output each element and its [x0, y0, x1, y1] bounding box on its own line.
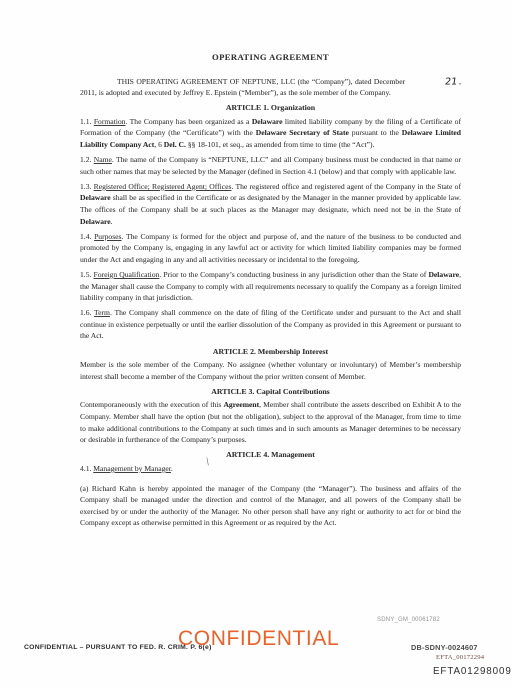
- section-1-1-formation: 1.1. Formation. The Company has been org…: [80, 116, 461, 151]
- scanned-document-page: OPERATING AGREEMENT THIS OPERATING AGREE…: [0, 0, 512, 688]
- article-3-body: Contemporaneously with the execution of …: [80, 399, 461, 445]
- bates-number-db-sdny: DB-SDNY-0024607: [411, 643, 478, 652]
- section-1-6-term: 1.6. Term. The Company shall commence on…: [80, 307, 461, 342]
- stray-dot-mark: ·: [210, 398, 213, 407]
- bates-number-efta-small: EFTA_00172294: [436, 654, 484, 661]
- handwritten-date: 21: [407, 78, 457, 86]
- section-4-1-management: 4.1. Management by Manager.: [80, 463, 461, 475]
- section-4-1a-manager-appointment: (a) Richard Kahn is hereby appointed the…: [80, 483, 461, 529]
- article-1-heading: ARTICLE 1. Organization: [80, 102, 461, 114]
- section-1-3-registered-office: 1.3. Registered Office; Registered Agent…: [80, 181, 461, 227]
- document-title: OPERATING AGREEMENT: [80, 52, 461, 64]
- section-1-4-purposes: 1.4. Purposes. The Company is formed for…: [80, 231, 461, 266]
- section-1-5-foreign-qualification: 1.5. Foreign Qualification. Prior to the…: [80, 269, 461, 304]
- intro-paragraph: THIS OPERATING AGREEMENT OF NEPTUNE, LLC…: [80, 76, 461, 99]
- confidential-stamp: CONFIDENTIAL: [178, 628, 339, 649]
- article-3-heading: ARTICLE 3. Capital Contributions: [80, 386, 461, 398]
- bates-number-efta-large: EFTA01298009: [433, 666, 512, 677]
- article-2-body: Member is the sole member of the Company…: [80, 359, 461, 382]
- document-body: OPERATING AGREEMENT THIS OPERATING AGREE…: [80, 52, 461, 532]
- section-1-2-name: 1.2. Name. The name of the Company is “N…: [80, 154, 461, 177]
- article-2-heading: ARTICLE 2. Membership Interest: [80, 346, 461, 358]
- article-4-heading: ARTICLE 4. Management: [80, 449, 461, 461]
- bates-number-top: SDNY_GM_00061782: [377, 617, 440, 623]
